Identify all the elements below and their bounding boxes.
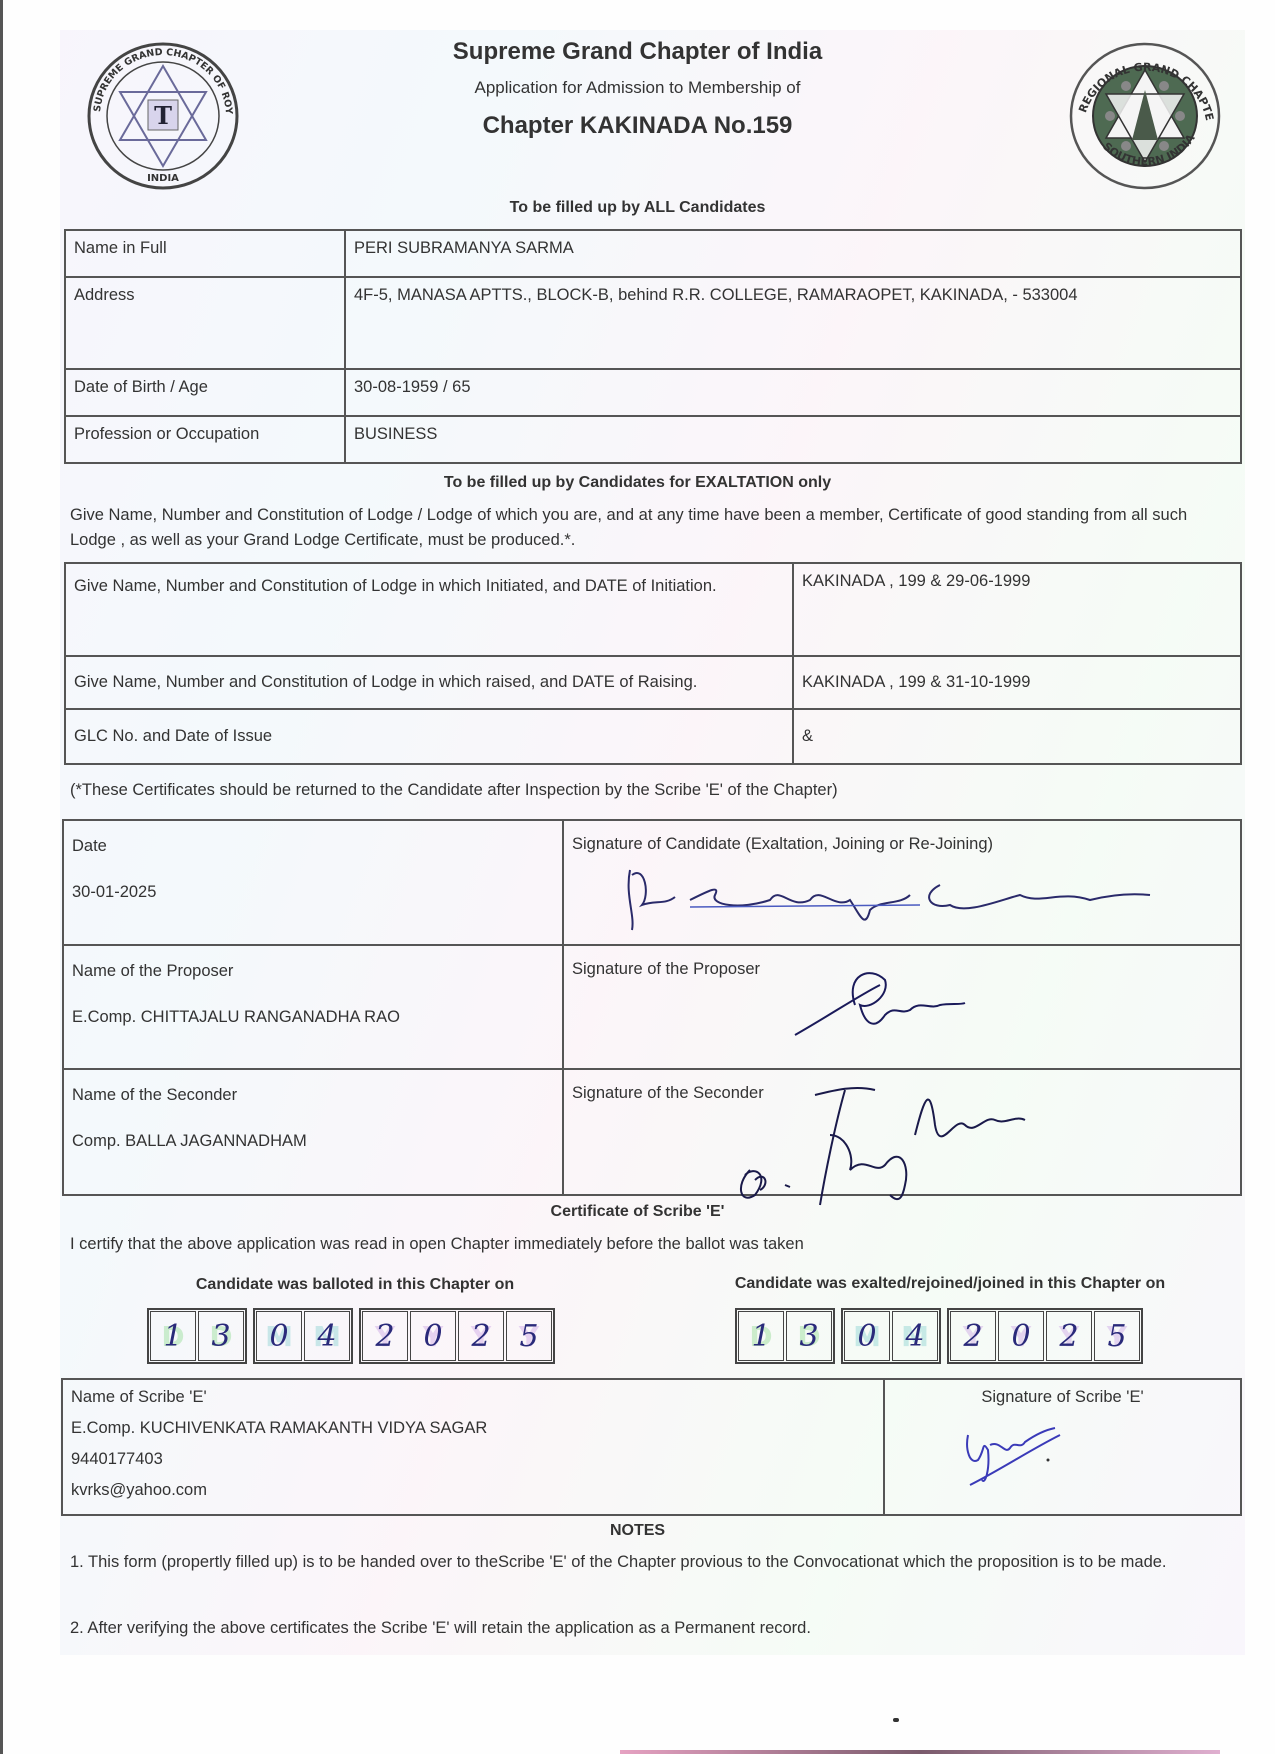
candidate-signature-cell: Signature of Candidate (Exaltation, Join…	[563, 820, 1241, 945]
signatures-table: Date 30-01-2025 Signature of Candidate (…	[62, 819, 1242, 1196]
seconder-name: Comp. BALLA JAGANNADHAM	[72, 1118, 554, 1164]
certificates-footnote: (*These Certificates should be returned …	[70, 778, 1235, 803]
handwritten-digit: 4	[905, 1319, 924, 1354]
exalted-date-digit-box[interactable]: Y0	[998, 1311, 1044, 1361]
exalted-date-digit-box[interactable]: D1	[738, 1311, 784, 1361]
handwritten-digit: 3	[799, 1319, 818, 1354]
balloted-date-digit-box[interactable]: D3	[198, 1311, 244, 1361]
exalted-date-group: Y2Y0Y2Y5	[947, 1308, 1143, 1364]
scribe-signature-label: Signature of Scribe 'E'	[893, 1388, 1232, 1407]
regional-grand-chapter-seal-icon: REGIONAL GRAND CHAPTER SOUTHERN INDIA	[1066, 40, 1224, 192]
address-value: 4F-5, MANASA APTTS., BLOCK-B, behind R.R…	[345, 277, 1241, 369]
application-date: 30-01-2025	[72, 869, 554, 915]
exalted-date-digit-box[interactable]: Y2	[950, 1311, 996, 1361]
table-row: Profession or Occupation BUSINESS	[65, 416, 1241, 463]
date-cell: Date 30-01-2025	[63, 820, 563, 945]
handwritten-digit: 0	[857, 1319, 876, 1354]
organization-title: Supreme Grand Chapter of India	[300, 38, 975, 66]
note-item: 1. This form (propertly filled up) is to…	[70, 1550, 1235, 1575]
glc-value: &	[793, 709, 1241, 764]
table-row: Name in Full PERI SUBRAMANYA SARMA	[65, 230, 1241, 277]
handwritten-digit: 2	[471, 1319, 490, 1354]
row-label: Date of Birth / Age	[65, 369, 345, 416]
date-label: Date	[72, 823, 554, 869]
handwritten-digit: 4	[317, 1319, 336, 1354]
dob-age-value: 30-08-1959 / 65	[345, 369, 1241, 416]
balloted-date-digit-box[interactable]: M4	[304, 1311, 350, 1361]
royal-arch-seal-icon: T SUPREME GRAND CHAPTER OF ROYAL ARCH MA…	[84, 40, 242, 192]
balloted-date-group: D1D3	[147, 1308, 247, 1364]
row-label: Address	[65, 277, 345, 369]
svg-text:T: T	[154, 101, 172, 130]
handwritten-digit: 5	[519, 1319, 538, 1354]
handwritten-digit: 0	[269, 1319, 288, 1354]
handwritten-digit: 2	[375, 1319, 394, 1354]
balloted-date-digit-box[interactable]: M0	[256, 1311, 302, 1361]
scribe-signature-cell: Signature of Scribe 'E'	[884, 1379, 1241, 1515]
full-name-value: PERI SUBRAMANYA SARMA	[345, 230, 1241, 277]
exalted-date-group: D1D3	[735, 1308, 835, 1364]
balloted-date-group: M0M4	[253, 1308, 353, 1364]
exalted-date-group: M0M4	[841, 1308, 941, 1364]
chapter-name: Chapter KAKINADA No.159	[300, 112, 975, 140]
scribe-certificate-statement: I certify that the above application was…	[70, 1232, 1235, 1257]
row-label: GLC No. and Date of Issue	[65, 709, 793, 764]
scribe-email: kvrks@yahoo.com	[71, 1475, 875, 1506]
table-row: Name of Scribe 'E' E.Comp. KUCHIVENKATA …	[62, 1379, 1241, 1515]
scribe-certificate-heading: Certificate of Scribe 'E'	[300, 1203, 975, 1221]
balloted-date-digit-box[interactable]: Y2	[362, 1311, 408, 1361]
scribe-name: E.Comp. KUCHIVENKATA RAMAKANTH VIDYA SAG…	[71, 1413, 875, 1444]
row-label: Profession or Occupation	[65, 416, 345, 463]
seconder-signature-label: Signature of the Seconder	[572, 1084, 1232, 1103]
row-label: Give Name, Number and Constitution of Lo…	[65, 656, 793, 709]
exalted-date-digit-box[interactable]: M0	[844, 1311, 890, 1361]
scan-speck	[893, 1718, 899, 1722]
seconder-signature-cell: Signature of the Seconder	[563, 1069, 1241, 1195]
handwritten-digit: 3	[211, 1319, 230, 1354]
scribe-name-label: Name of Scribe 'E'	[71, 1382, 875, 1413]
exaltation-instruction: Give Name, Number and Constitution of Lo…	[70, 503, 1235, 553]
balloted-date-label: Candidate was balloted in this Chapter o…	[130, 1276, 580, 1294]
handwritten-digit: 0	[423, 1319, 442, 1354]
row-label: Name in Full	[65, 230, 345, 277]
form-subtitle: Application for Admission to Membership …	[300, 78, 975, 98]
exalted-date-boxes: D1D3M0M4Y2Y0Y2Y5	[735, 1308, 1143, 1364]
exaltation-heading: To be filled up by Candidates for EXALTA…	[300, 474, 975, 492]
balloted-date-digit-box[interactable]: Y5	[506, 1311, 552, 1361]
scan-edge	[0, 0, 3, 1754]
seconder-label: Name of the Seconder	[72, 1072, 554, 1118]
seconder-cell: Name of the Seconder Comp. BALLA JAGANNA…	[63, 1069, 563, 1195]
note-item: 2. After verifying the above certificate…	[70, 1616, 1235, 1641]
exalted-date-digit-box[interactable]: M4	[892, 1311, 938, 1361]
table-row: Date of Birth / Age 30-08-1959 / 65	[65, 369, 1241, 416]
scan-edge-bottom	[620, 1750, 1220, 1754]
proposer-signature-cell: Signature of the Proposer	[563, 945, 1241, 1069]
scribe-details-cell: Name of Scribe 'E' E.Comp. KUCHIVENKATA …	[62, 1379, 884, 1515]
table-row: GLC No. and Date of Issue &	[65, 709, 1241, 764]
table-row: Give Name, Number and Constitution of Lo…	[65, 656, 1241, 709]
all-candidates-heading: To be filled up by ALL Candidates	[300, 199, 975, 217]
balloted-date-group: Y2Y0Y2Y5	[359, 1308, 555, 1364]
balloted-date-digit-box[interactable]: D1	[150, 1311, 196, 1361]
initiation-value: KAKINADA , 199 & 29-06-1999	[793, 563, 1241, 656]
proposer-cell: Name of the Proposer E.Comp. CHITTAJALU …	[63, 945, 563, 1069]
balloted-date-digit-box[interactable]: Y2	[458, 1311, 504, 1361]
balloted-date-boxes: D1D3M0M4Y2Y0Y2Y5	[147, 1308, 555, 1364]
exalted-date-label: Candidate was exalted/rejoined/joined in…	[690, 1275, 1210, 1293]
row-label: Give Name, Number and Constitution of Lo…	[65, 563, 793, 656]
handwritten-digit: 1	[163, 1319, 182, 1354]
handwritten-digit: 2	[963, 1319, 982, 1354]
table-row: Address 4F-5, MANASA APTTS., BLOCK-B, be…	[65, 277, 1241, 369]
proposer-signature-label: Signature of the Proposer	[572, 960, 1232, 979]
candidate-details-table: Name in Full PERI SUBRAMANYA SARMA Addre…	[64, 229, 1242, 464]
svg-text:INDIA: INDIA	[147, 173, 179, 184]
scribe-table: Name of Scribe 'E' E.Comp. KUCHIVENKATA …	[61, 1378, 1242, 1516]
proposer-label: Name of the Proposer	[72, 948, 554, 994]
table-row: Date 30-01-2025 Signature of Candidate (…	[63, 820, 1241, 945]
lodge-details-table: Give Name, Number and Constitution of Lo…	[64, 562, 1242, 765]
occupation-value: BUSINESS	[345, 416, 1241, 463]
raising-value: KAKINADA , 199 & 31-10-1999	[793, 656, 1241, 709]
handwritten-digit: 5	[1107, 1319, 1126, 1354]
balloted-date-digit-box[interactable]: Y0	[410, 1311, 456, 1361]
candidate-signature-label: Signature of Candidate (Exaltation, Join…	[572, 835, 1232, 854]
handwritten-digit: 0	[1011, 1319, 1030, 1354]
proposer-name: E.Comp. CHITTAJALU RANGANADHA RAO	[72, 994, 554, 1040]
handwritten-digit: 1	[751, 1319, 770, 1354]
exalted-date-digit-box[interactable]: Y2	[1046, 1311, 1092, 1361]
exalted-date-digit-box[interactable]: Y5	[1094, 1311, 1140, 1361]
scribe-phone: 9440177403	[71, 1444, 875, 1475]
notes-heading: NOTES	[300, 1522, 975, 1540]
table-row: Name of the Proposer E.Comp. CHITTAJALU …	[63, 945, 1241, 1069]
handwritten-digit: 2	[1059, 1319, 1078, 1354]
table-row: Name of the Seconder Comp. BALLA JAGANNA…	[63, 1069, 1241, 1195]
exalted-date-digit-box[interactable]: D3	[786, 1311, 832, 1361]
table-row: Give Name, Number and Constitution of Lo…	[65, 563, 1241, 656]
